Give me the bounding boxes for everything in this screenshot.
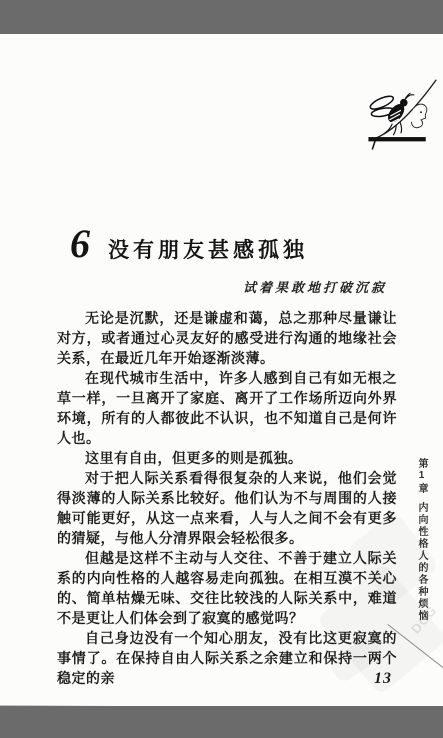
book-page: 6 没有朋友甚感孤独 试着果敢地打破沉寂 无论是沉默，还是谦虚和蔼，总之那种尽量… xyxy=(0,34,443,706)
sidebar-chapter-label: 第1章 xyxy=(414,458,429,495)
face-eye-dot xyxy=(420,111,422,113)
chapter-heading: 6 没有朋友甚感孤独 xyxy=(70,224,308,264)
fly-legs xyxy=(385,122,402,135)
paragraph-2: 在现代城市生活中，许多人感到自己有如无根之草一样，一旦离开了家庭、离开了工作场所… xyxy=(57,370,397,450)
fly-antennae xyxy=(405,93,415,100)
paragraph-4: 对于把人际关系看得很复杂的人来说，他们会觉得淡薄的人际关系比较好。他们认为不与周… xyxy=(57,470,397,550)
underline-bar xyxy=(368,137,425,141)
face-profile-sketch xyxy=(411,104,426,128)
page-number: 13 xyxy=(374,670,392,688)
chapter-number: 6 xyxy=(70,224,90,264)
scan-background-bottom xyxy=(0,706,443,738)
chapter-title: 没有朋友甚感孤独 xyxy=(108,240,308,261)
fly-illustration xyxy=(356,74,442,160)
paragraph-3: 这里有自由，但更多的则是孤独。 xyxy=(57,450,397,470)
chapter-subtitle: 试着果敢地打破沉寂 xyxy=(57,277,387,296)
scan-background-top xyxy=(0,0,443,34)
fly-head xyxy=(400,99,408,107)
bar-tick xyxy=(372,141,375,150)
paragraph-1: 无论是沉默，还是谦虚和蔼，总之那种尽量谦让对方，或者通过心灵友好的感受进行沟通的… xyxy=(57,310,397,370)
